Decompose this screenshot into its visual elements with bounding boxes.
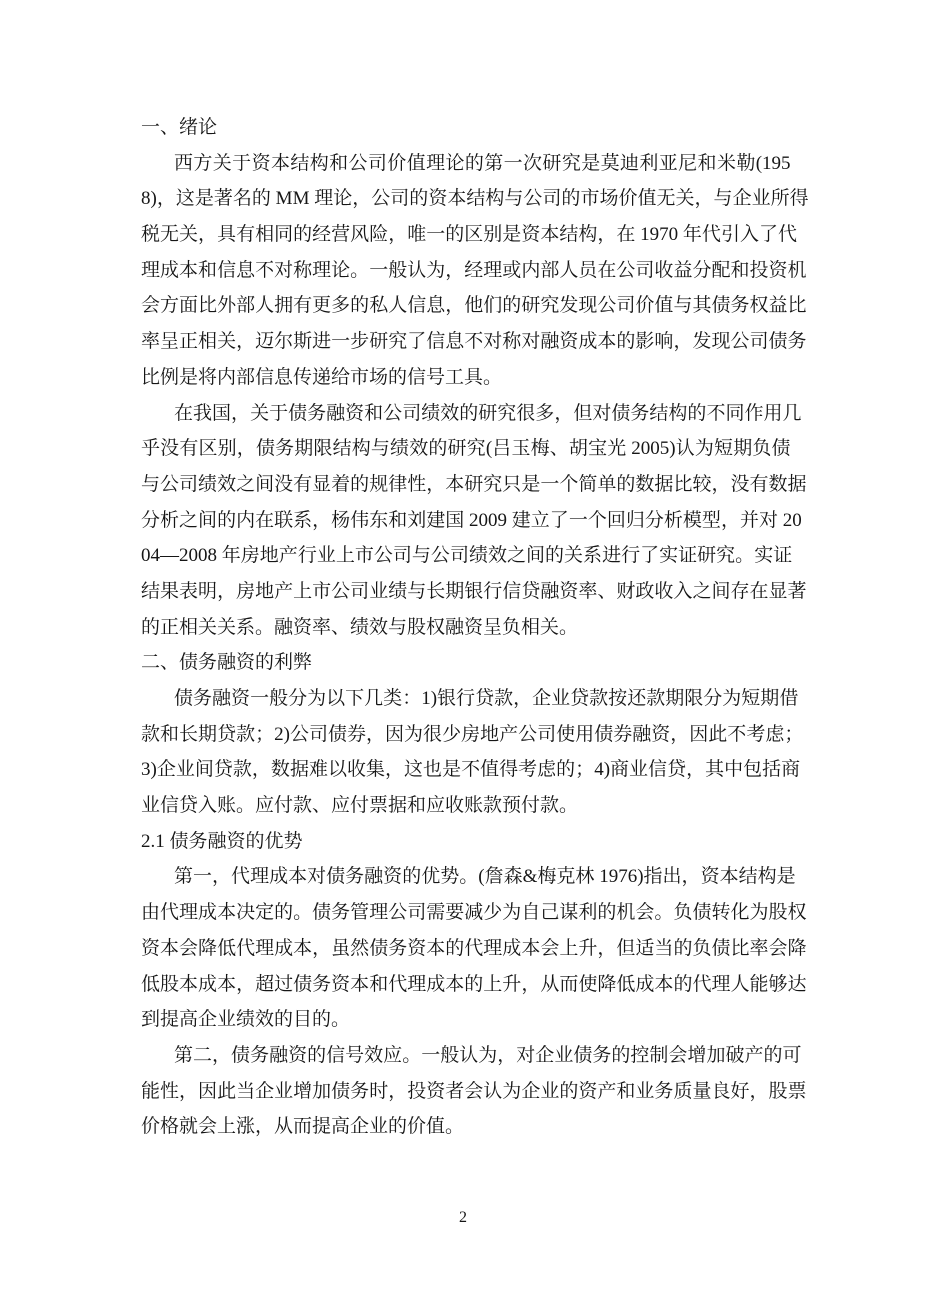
section-heading: 二、债务融资的利弊	[141, 645, 791, 681]
text-line: 会方面比外部人拥有更多的私人信息，他们的研究发现公司价值与其债务权益比	[141, 288, 791, 324]
text-line: 到提高企业绩效的目的。	[141, 1002, 791, 1038]
text-line: 债务融资一般分为以下几类：1)银行贷款，企业贷款按还款期限分为短期借	[141, 681, 791, 717]
text-line: 乎没有区别，债务期限结构与绩效的研究(吕玉梅、胡宝光 2005)认为短期负债	[141, 431, 791, 467]
section-heading: 2.1 债务融资的优势	[141, 824, 791, 860]
section-heading: 一、绪论	[141, 110, 791, 146]
page-body: 一、绪论西方关于资本结构和公司价值理论的第一次研究是莫迪利亚尼和米勒(1958)…	[141, 110, 791, 1145]
text-line: 第一，代理成本对债务融资的优势。(詹森&梅克林 1976)指出，资本结构是	[141, 859, 791, 895]
text-line: 04—2008 年房地产行业上市公司与公司绩效之间的关系进行了实证研究。实证	[141, 538, 791, 574]
text-line: 低股本成本，超过债务资本和代理成本的上升，从而使降低成本的代理人能够达	[141, 967, 791, 1003]
text-line: 价格就会上涨，从而提高企业的价值。	[141, 1109, 791, 1145]
page-number: 2	[459, 1209, 467, 1226]
text-line: 税无关，具有相同的经营风险，唯一的区别是资本结构，在 1970 年代引入了代	[141, 217, 791, 253]
text-line: 第二，债务融资的信号效应。一般认为，对企业债务的控制会增加破产的可	[141, 1038, 791, 1074]
page-footer: 2	[0, 1206, 926, 1230]
text-line: 与公司绩效之间没有显着的规律性，本研究只是一个简单的数据比较，没有数据	[141, 467, 791, 503]
text-line: 率呈正相关，迈尔斯进一步研究了信息不对称对融资成本的影响，发现公司债务	[141, 324, 791, 360]
text-line: 由代理成本决定的。债务管理公司需要减少为自己谋利的机会。负债转化为股权	[141, 895, 791, 931]
text-line: 业信贷入账。应付款、应付票据和应收账款预付款。	[141, 788, 791, 824]
text-line: 西方关于资本结构和公司价值理论的第一次研究是莫迪利亚尼和米勒(195	[141, 146, 791, 182]
text-line: 款和长期贷款；2)公司债券，因为很少房地产公司使用债券融资，因此不考虑；	[141, 717, 791, 753]
text-line: 3)企业间贷款，数据难以收集，这也是不值得考虑的；4)商业信贷，其中包括商	[141, 752, 791, 788]
text-line: 8)，这是著名的 MM 理论，公司的资本结构与公司的市场价值无关，与企业所得	[141, 181, 791, 217]
text-line: 比例是将内部信息传递给市场的信号工具。	[141, 360, 791, 396]
document-page: 一、绪论西方关于资本结构和公司价值理论的第一次研究是莫迪利亚尼和米勒(1958)…	[0, 0, 926, 1309]
text-line: 资本会降低代理成本，虽然债务资本的代理成本会上升，但适当的负债比率会降	[141, 931, 791, 967]
text-line: 在我国，关于债务融资和公司绩效的研究很多，但对债务结构的不同作用几	[141, 396, 791, 432]
text-line: 结果表明，房地产上市公司业绩与长期银行信贷融资率、财政收入之间存在显著	[141, 574, 791, 610]
text-line: 理成本和信息不对称理论。一般认为，经理或内部人员在公司收益分配和投资机	[141, 253, 791, 289]
text-line: 的正相关关系。融资率、绩效与股权融资呈负相关。	[141, 610, 791, 646]
text-line: 分析之间的内在联系，杨伟东和刘建国 2009 建立了一个回归分析模型，并对 20	[141, 503, 791, 539]
text-line: 能性，因此当企业增加债务时，投资者会认为企业的资产和业务质量良好，股票	[141, 1074, 791, 1110]
